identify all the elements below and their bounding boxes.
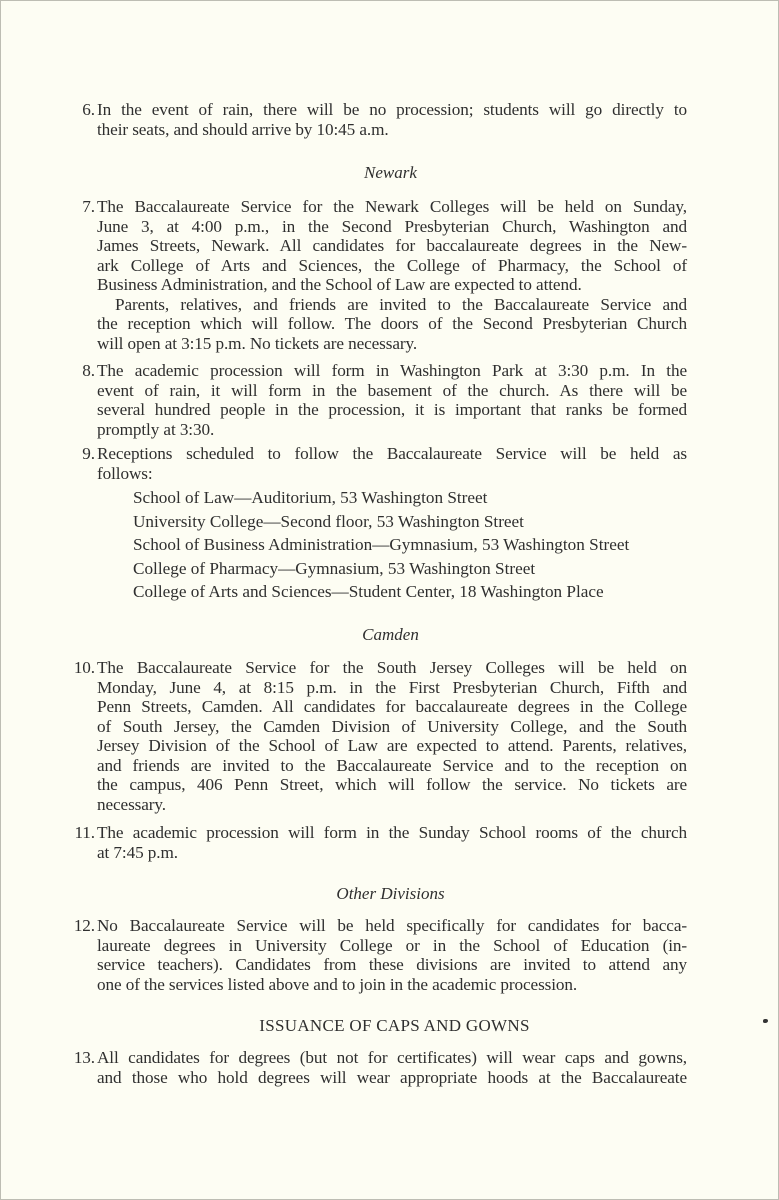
text-line: The Baccalaureate Service for the Newark… — [97, 197, 687, 217]
text-line: All candidates for degrees (but not for … — [97, 1048, 687, 1068]
section-heading-other-divisions: Other Divisions — [1, 884, 779, 904]
item-number: 9. — [67, 444, 95, 464]
text-line: necessary. — [97, 795, 687, 815]
reception-entry: University College—Second floor, 53 Wash… — [133, 510, 629, 534]
item-8: 8. The academic procession will form in … — [97, 361, 687, 439]
item-number: 6. — [67, 100, 95, 120]
text-line: one of the services listed above and to … — [97, 975, 687, 995]
text-line: James Streets, Newark. All candidates fo… — [97, 236, 687, 256]
text-line: promptly at 3:30. — [97, 420, 687, 440]
text-line: Receptions scheduled to follow the Bacca… — [97, 444, 687, 464]
text-line: The Baccalaureate Service for the South … — [97, 658, 687, 678]
item-12: 12. No Baccalaureate Service will be hel… — [97, 916, 687, 994]
section-heading-camden: Camden — [1, 625, 779, 645]
item-number: 13. — [61, 1048, 95, 1068]
section-heading-caps-gowns: ISSUANCE OF CAPS AND GOWNS — [1, 1016, 779, 1036]
text-line: several hundred people in the procession… — [97, 400, 687, 420]
reception-entry: School of Business Administration—Gymnas… — [133, 533, 629, 557]
text-line: Jersey Division of the School of Law are… — [97, 736, 687, 756]
text-line: June 3, at 4:00 p.m., in the Second Pres… — [97, 217, 687, 237]
item-number: 10. — [61, 658, 95, 678]
item-number: 11. — [61, 823, 95, 843]
text-line: ark College of Arts and Sciences, the Co… — [97, 256, 687, 276]
text-line: event of rain, it will form in the basem… — [97, 381, 687, 401]
reception-entry: School of Law—Auditorium, 53 Washington … — [133, 486, 629, 510]
item-7: 7. The Baccalaureate Service for the New… — [97, 197, 687, 353]
text-line: Penn Streets, Camden. All candidates for… — [97, 697, 687, 717]
text-line: and those who hold degrees will wear app… — [97, 1068, 687, 1088]
item-number: 8. — [67, 361, 95, 381]
item-11: 11. The academic procession will form in… — [97, 823, 687, 862]
text-line: at 7:45 p.m. — [97, 843, 687, 863]
text-line: laureate degrees in University College o… — [97, 936, 687, 956]
text-line: In the event of rain, there will be no p… — [97, 100, 687, 120]
reception-entry: College of Arts and Sciences—Student Cen… — [133, 580, 629, 604]
text-line: follows: — [97, 464, 687, 484]
text-line: of South Jersey, the Camden Division of … — [97, 717, 687, 737]
item-number: 7. — [67, 197, 95, 217]
text-line: No Baccalaureate Service will be held sp… — [97, 916, 687, 936]
text-line: Parents, relatives, and friends are invi… — [97, 295, 687, 315]
reception-entry: College of Pharmacy—Gymnasium, 53 Washin… — [133, 557, 629, 581]
document-page: 6. In the event of rain, there will be n… — [1, 1, 779, 1200]
item-6: 6. In the event of rain, there will be n… — [97, 100, 687, 139]
text-line: the reception which will follow. The doo… — [97, 314, 687, 334]
item-9: 9. Receptions scheduled to follow the Ba… — [97, 444, 687, 483]
item-number: 12. — [61, 916, 95, 936]
text-line: service teachers). Candidates from these… — [97, 955, 687, 975]
text-line: Monday, June 4, at 8:15 p.m. in the Firs… — [97, 678, 687, 698]
item-13: 13. All candidates for degrees (but not … — [97, 1048, 687, 1087]
section-heading-newark: Newark — [1, 163, 779, 183]
reception-list: School of Law—Auditorium, 53 Washington … — [133, 486, 629, 604]
text-line: and friends are invited to the Baccalaur… — [97, 756, 687, 776]
text-line: The academic procession will form in the… — [97, 823, 687, 843]
text-line: will open at 3:15 p.m. No tickets are ne… — [97, 334, 687, 354]
text-line: The academic procession will form in Was… — [97, 361, 687, 381]
text-line: Business Administration, and the School … — [97, 275, 687, 295]
text-line: their seats, and should arrive by 10:45 … — [97, 120, 687, 140]
text-line: the campus, 406 Penn Street, which will … — [97, 775, 687, 795]
item-10: 10. The Baccalaureate Service for the So… — [97, 658, 687, 814]
